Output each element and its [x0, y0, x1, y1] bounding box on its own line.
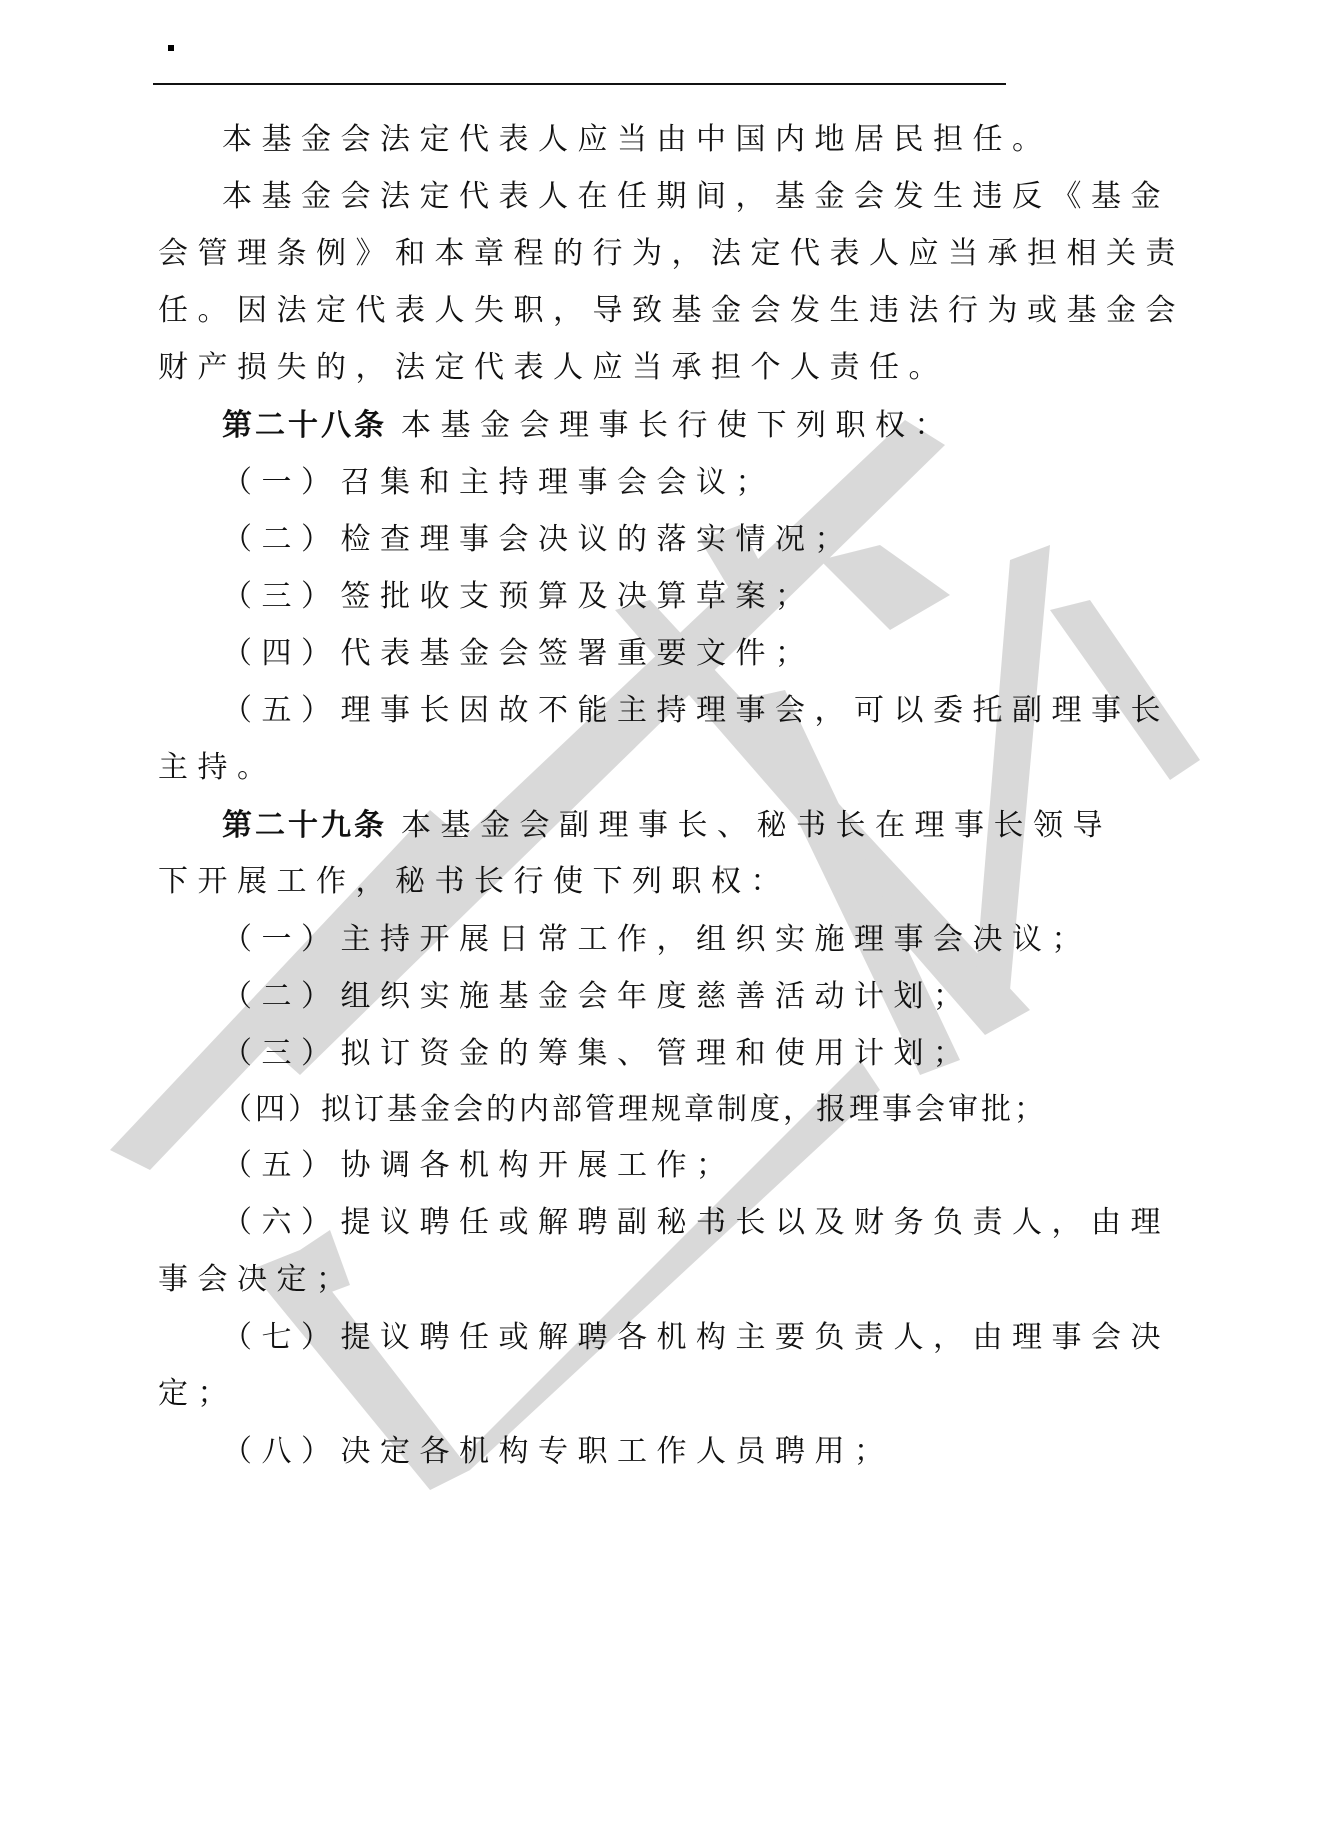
article-heading-28: 第二十八条本基金会理事长行使下列职权：	[222, 406, 954, 446]
text-line: 事会决定；	[158, 1260, 356, 1300]
document-page: 本基金会法定代表人应当由中国内地居民担任。 本基金会法定代表人在任期间，基金会发…	[0, 0, 1332, 1826]
text-line: 任。因法定代表人失职，导致基金会发生违法行为或基金会	[158, 291, 1185, 331]
article-number: 第二十九条	[222, 808, 387, 843]
text-line: 本基金会法定代表人在任期间，基金会发生违反《基金	[222, 177, 1170, 217]
text-line: 财产损失的，法定代表人应当承担个人责任。	[158, 348, 948, 388]
text-line: 会管理条例》和本章程的行为，法定代表人应当承担相关责	[158, 234, 1185, 274]
list-item: （二）组织实施基金会年度慈善活动计划；	[222, 977, 973, 1017]
list-item: （五）理事长因故不能主持理事会，可以委托副理事长	[222, 691, 1170, 731]
list-item: （一）召集和主持理事会会议；	[222, 463, 775, 503]
list-item: （六）提议聘任或解聘副秘书长以及财务负责人，由理	[222, 1203, 1170, 1243]
text-line: 本基金会法定代表人应当由中国内地居民担任。	[222, 120, 1052, 160]
list-item: （七）提议聘任或解聘各机构主要负责人，由理事会决	[222, 1318, 1170, 1358]
list-item: （一）主持开展日常工作，组织实施理事会决议；	[222, 920, 1091, 960]
text-line: 定；	[158, 1374, 237, 1414]
text-line: 下开展工作，秘书长行使下列职权：	[158, 862, 790, 902]
list-item: （三）拟订资金的筹集、管理和使用计划；	[222, 1034, 973, 1074]
list-item: （三）签批收支预算及决算草案；	[222, 577, 815, 617]
header-mark	[168, 45, 174, 51]
text-line: 主持。	[158, 748, 277, 788]
article-heading-29: 第二十九条本基金会副理事长、秘书长在理事长领导	[222, 806, 1112, 846]
header-rule	[153, 83, 1006, 85]
list-item: （四）拟订基金会的内部管理规章制度，报理事会审批；	[222, 1090, 1047, 1130]
list-item: （四）代表基金会签署重要文件；	[222, 634, 815, 674]
list-item: （五）协调各机构开展工作；	[222, 1146, 736, 1186]
list-item: （八）决定各机构专职工作人员聘用；	[222, 1432, 894, 1472]
list-item: （二）检查理事会决议的落实情况；	[222, 520, 854, 560]
article-number: 第二十八条	[222, 408, 387, 443]
